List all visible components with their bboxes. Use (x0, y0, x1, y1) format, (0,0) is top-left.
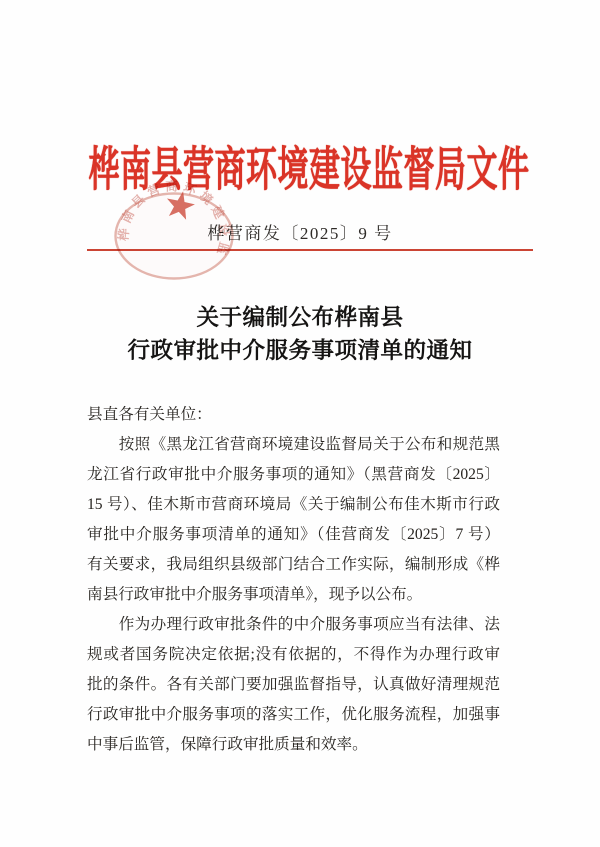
body-line: 南县行政审批中介服务事项清单》，现予以公布。 (87, 580, 500, 610)
body-line: 规或者国务院决定依据;没有依据的，不得作为办理行政审 (87, 640, 500, 670)
document-page: 桦南县营商环境建设监督局文件 桦营商发〔2025〕9 号 桦南县营商环境建设监督… (0, 0, 600, 847)
body-line: 作为办理行政审批条件的中介服务事项应当有法律、法 (87, 610, 500, 640)
body-line: 15 号）、佳木斯市营商环境局《关于编制公布佳木斯市行政 (87, 490, 500, 520)
body-line: 县直各有关单位： (87, 400, 500, 430)
letterhead-divider-rule (87, 249, 533, 251)
body-text: 县直各有关单位： 按照《黑龙江省营商环境建设监督局关于公布和规范黑龙江省行政审批… (87, 400, 500, 760)
document-title: 关于编制公布桦南县 行政审批中介服务事项清单的通知 (0, 301, 600, 367)
body-line: 行政审批中介服务事项的落实工作，优化服务流程，加强事 (87, 700, 500, 730)
body-line: 有关要求，我局组织县级部门结合工作实际，编制形成《桦 (87, 550, 500, 580)
document-title-line1: 关于编制公布桦南县 (0, 301, 600, 334)
body-line: 按照《黑龙江省营商环境建设监督局关于公布和规范黑 (87, 430, 500, 460)
body-line: 批的条件。各有关部门要加强监督指导，认真做好清理规范 (87, 670, 500, 700)
document-title-line2: 行政审批中介服务事项清单的通知 (0, 334, 600, 367)
body-line: 审批中介服务事项清单的通知》（佳营商发〔2025〕7 号） (87, 520, 500, 550)
body-line: 中事后监管，保障行政审批质量和效率。 (87, 730, 500, 760)
letterhead-org-title: 桦南县营商环境建设监督局文件 (84, 146, 534, 193)
body-line: 龙江省行政审批中介服务事项的通知》（黑营商发〔2025〕 (87, 460, 500, 490)
document-number: 桦营商发〔2025〕9 号 (0, 219, 600, 244)
